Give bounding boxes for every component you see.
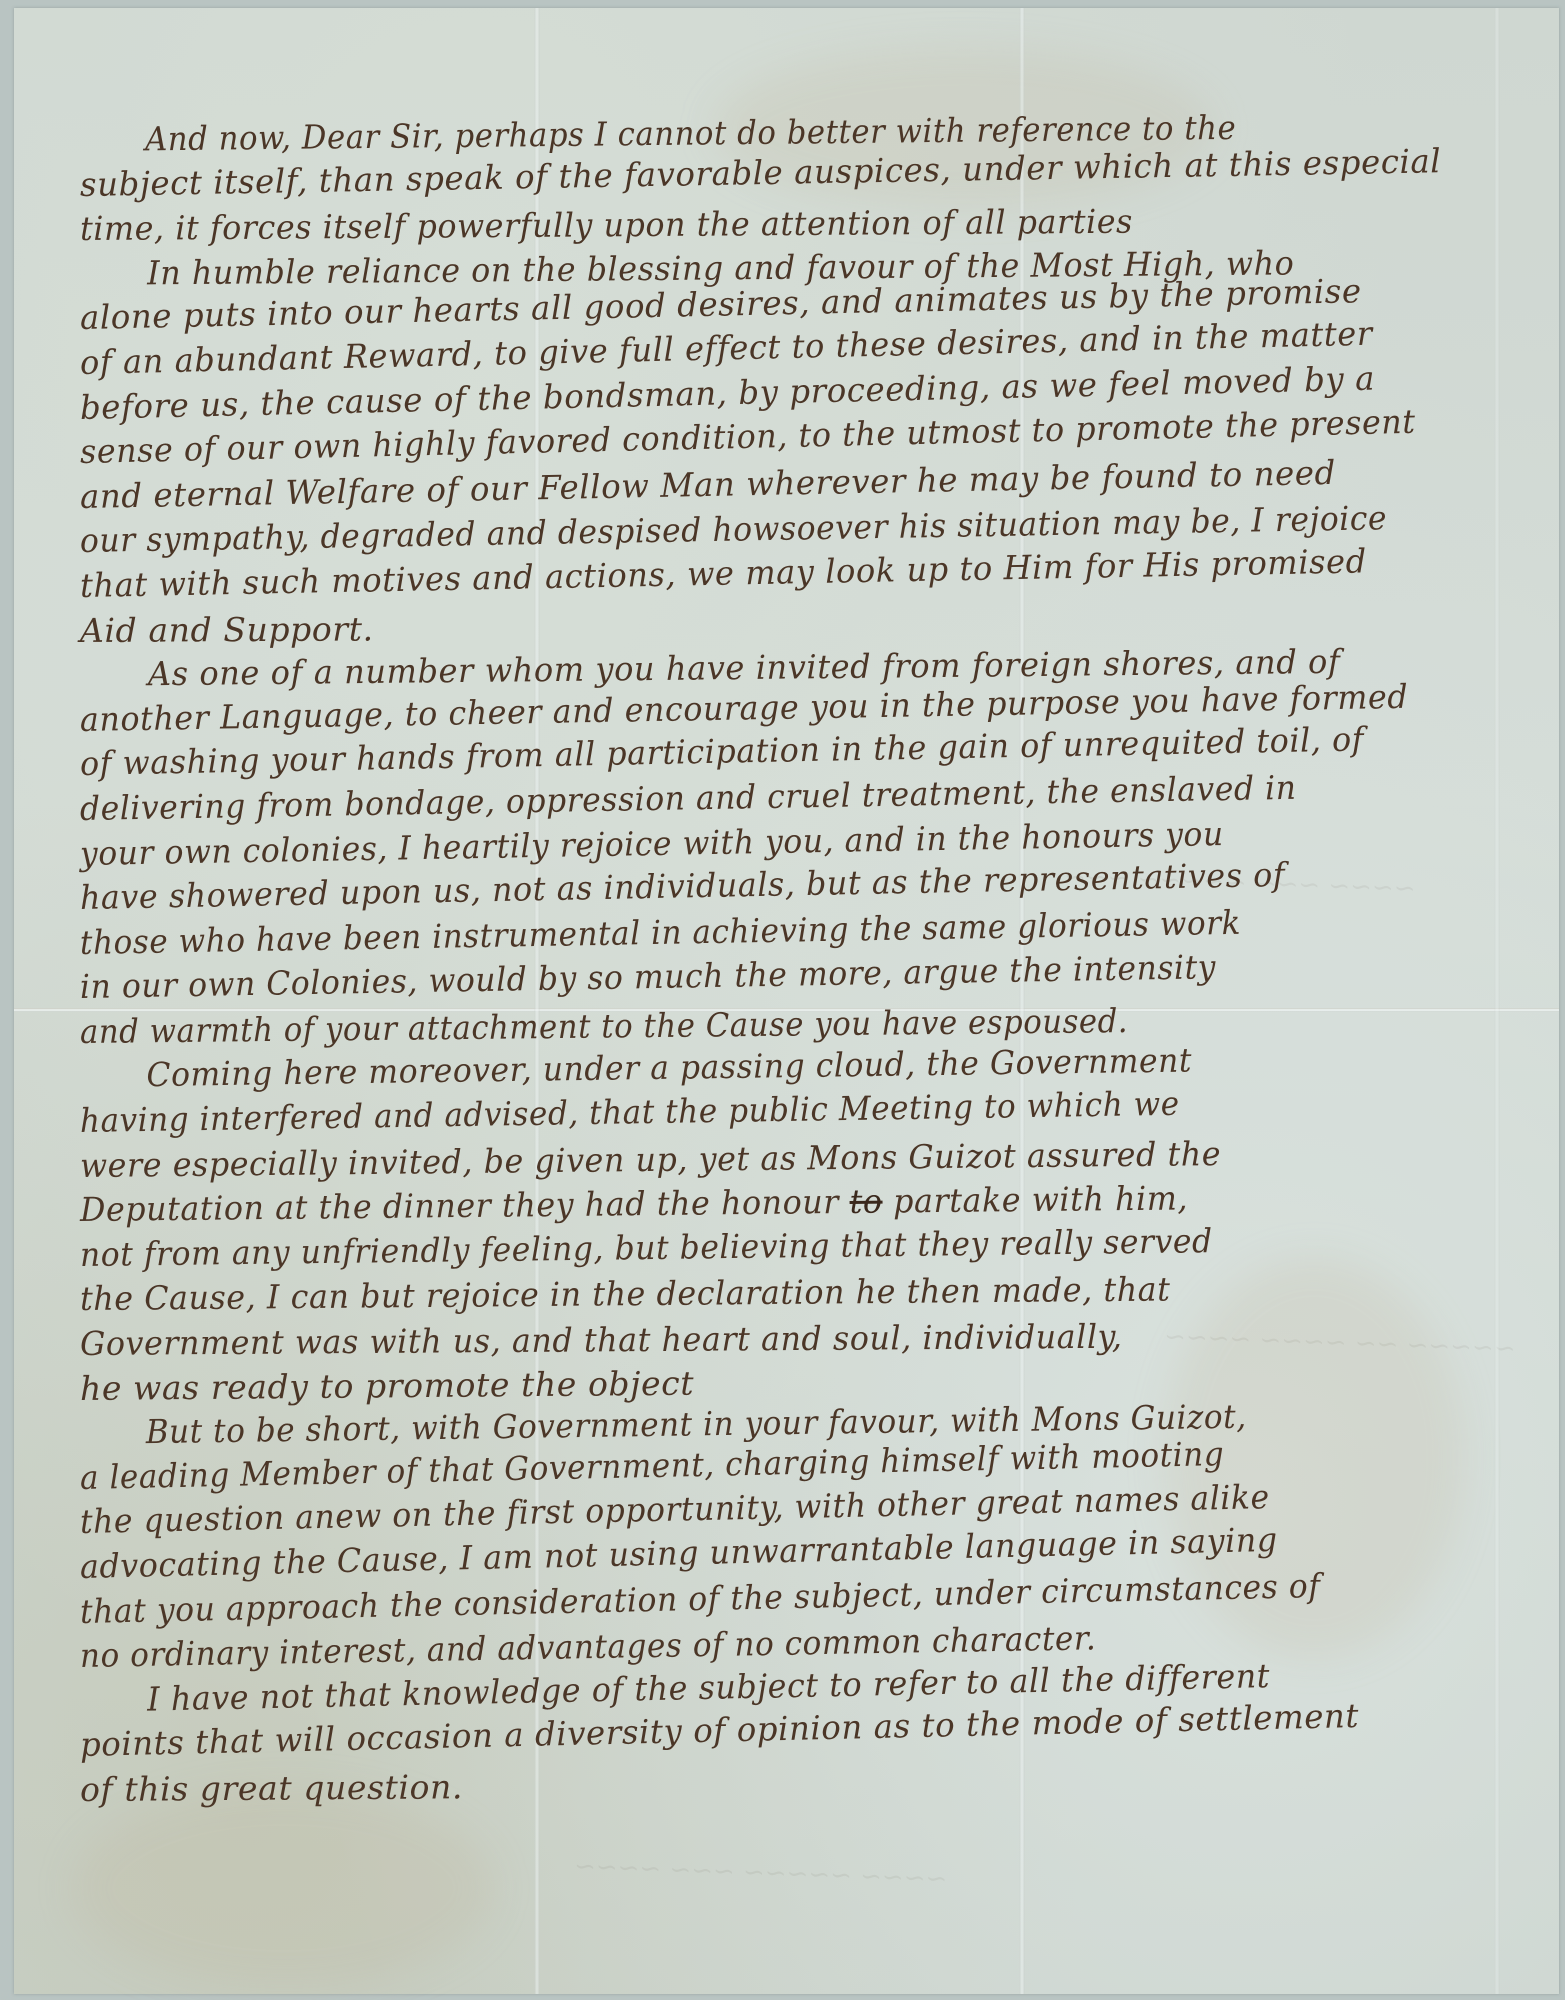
paragraph: But to be short, with Government in your…	[80, 1411, 1520, 1679]
paragraph: And now, Dear Sir, perhaps I cannot do b…	[80, 118, 1520, 252]
bleed-through-text: ~~~~ ~~~~~ ~~~ ~~~~	[574, 1851, 948, 1894]
letter-body: And now, Dear Sir, perhaps I cannot do b…	[80, 118, 1520, 1813]
struck-through-word: to	[849, 1182, 882, 1221]
text-line: of this great question.	[80, 1758, 1520, 1813]
paragraph: In humble reliance on the blessing and f…	[80, 252, 1520, 653]
text-segment: Deputation at the dinner they had the ho…	[80, 1182, 850, 1229]
paragraph: I have not that knowledge of the subject…	[80, 1679, 1520, 1813]
paragraph: As one of a number whom you have invited…	[80, 653, 1520, 1054]
paragraph: Coming here moreover, under a passing cl…	[80, 1054, 1520, 1411]
paper-stain	[74, 1788, 494, 1988]
text-segment: partake with him,	[882, 1179, 1188, 1221]
